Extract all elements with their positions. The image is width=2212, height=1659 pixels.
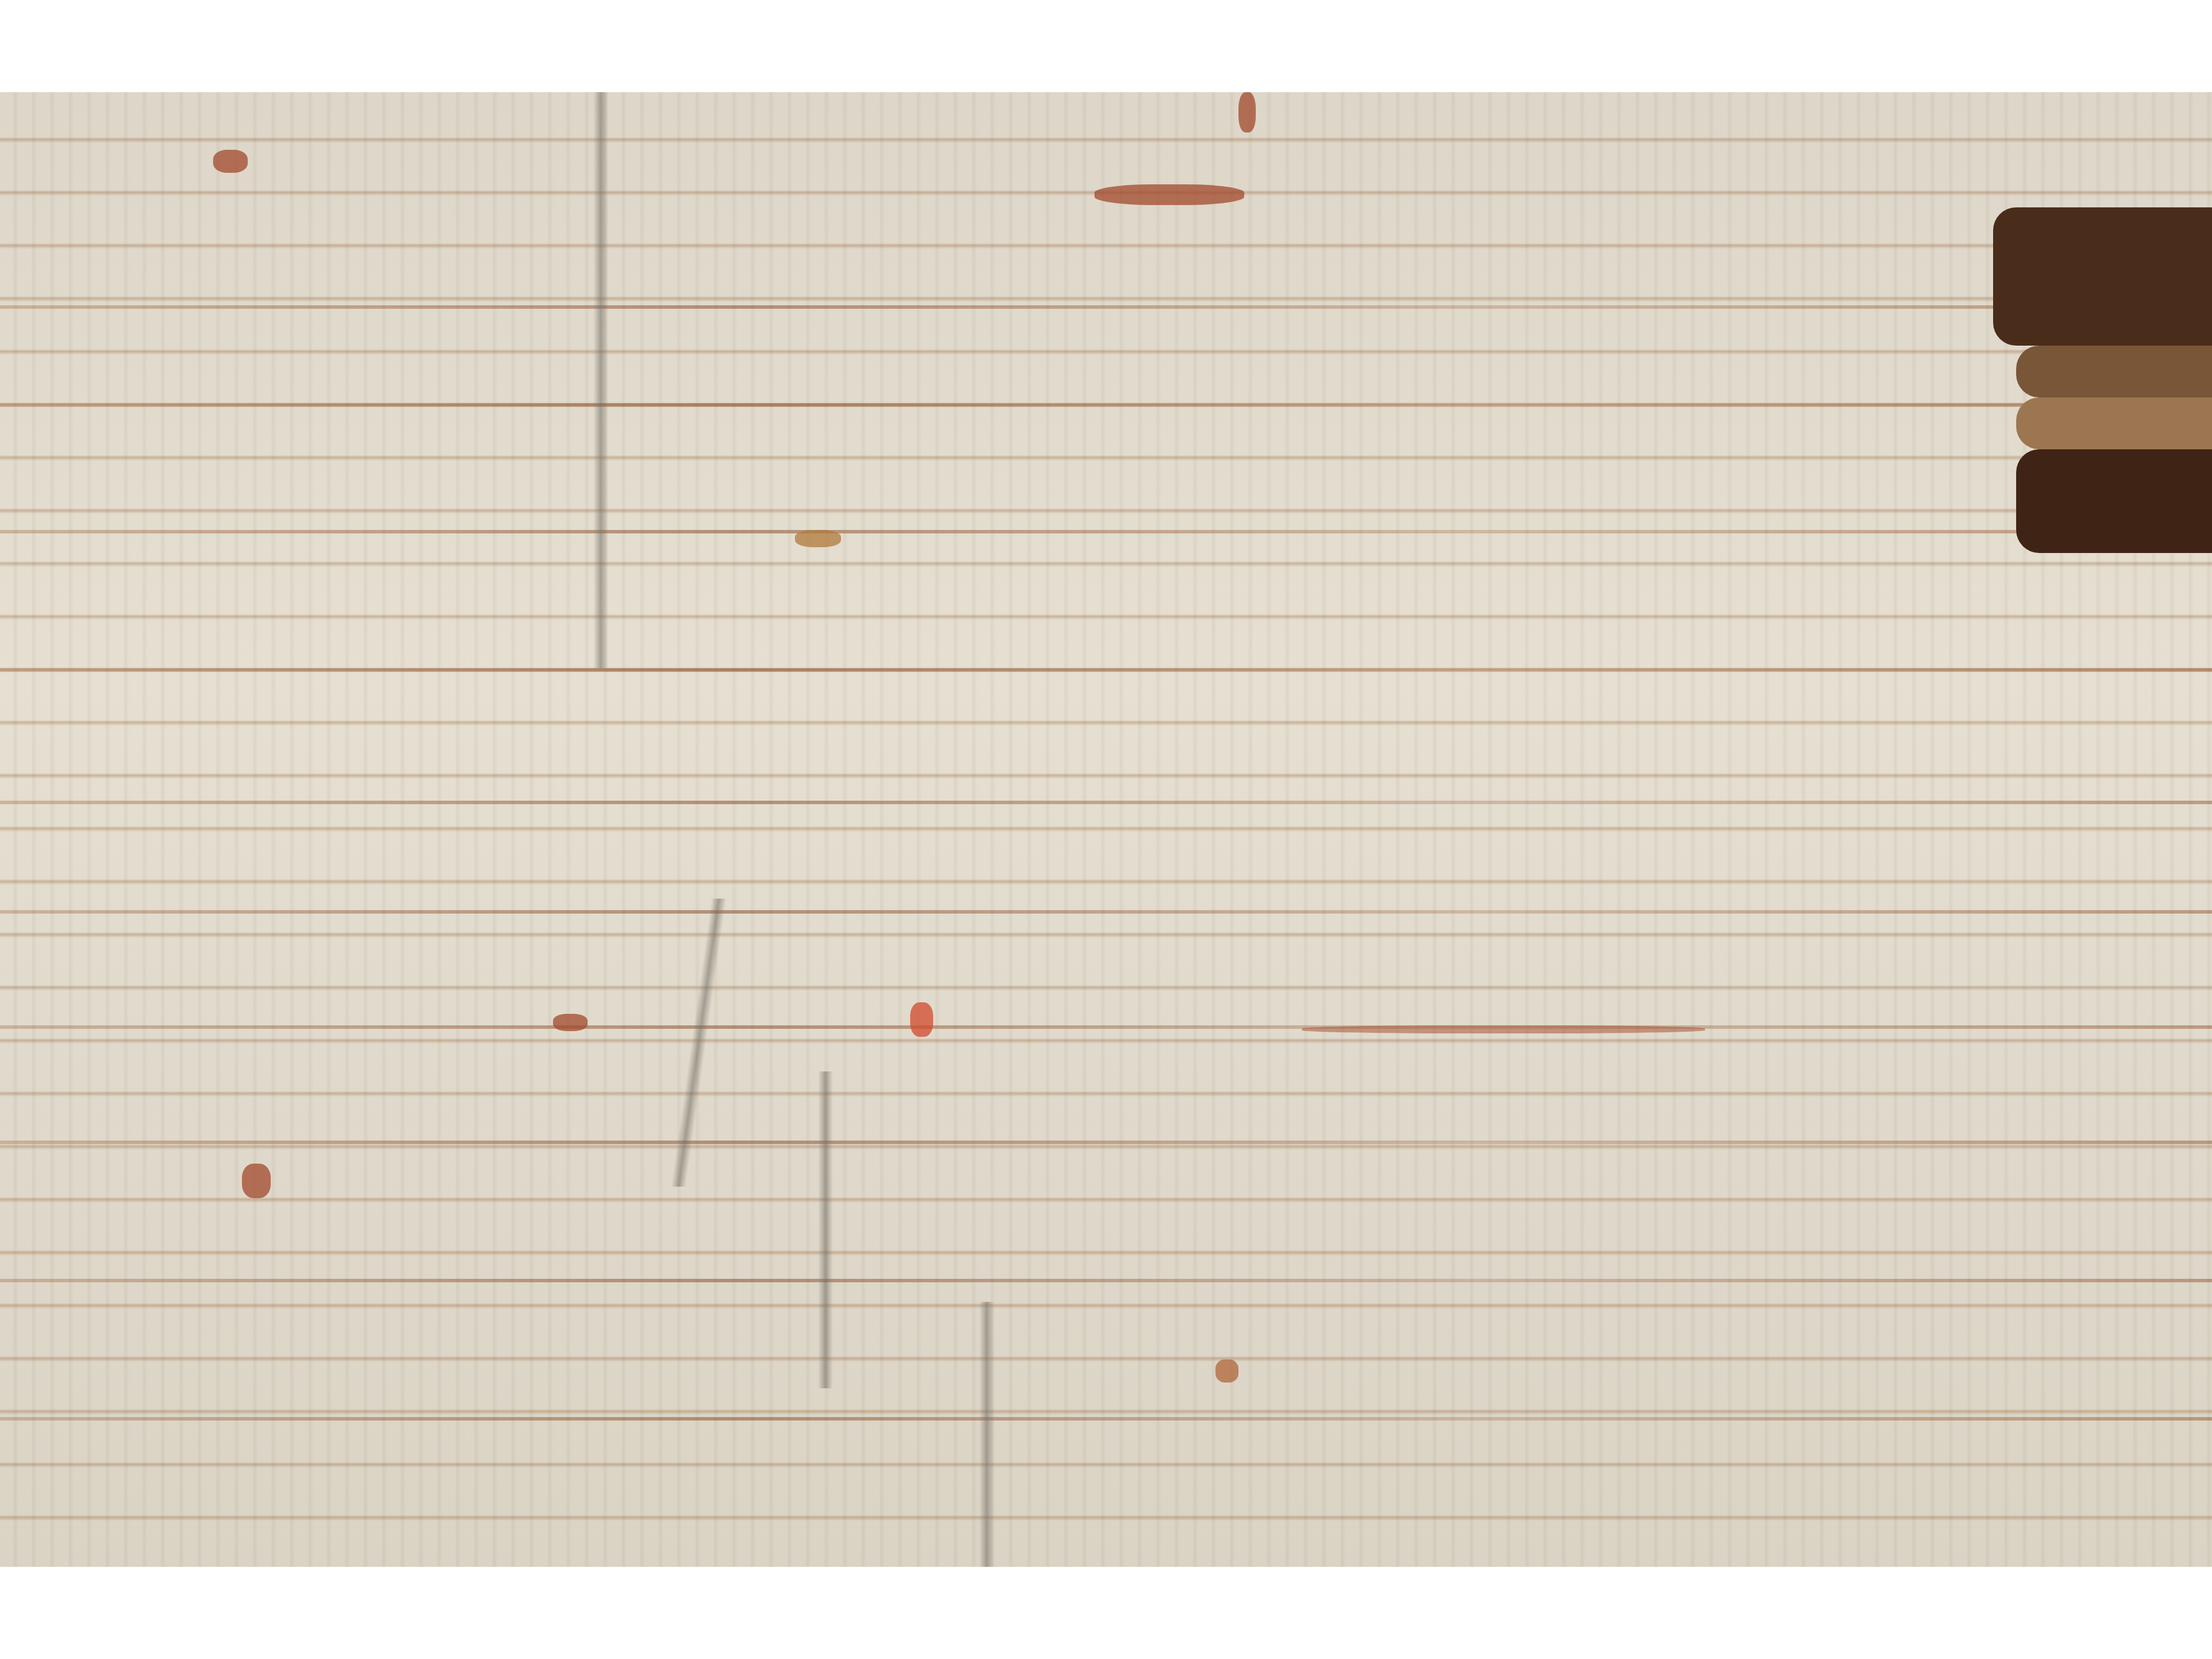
weft-line [0, 910, 2212, 914]
weft-line [0, 801, 2212, 804]
motif-band [1993, 207, 2212, 346]
weft-line [0, 1417, 2212, 1421]
weft-line [0, 530, 2212, 533]
motif-band [2016, 397, 2212, 449]
rust-fleck [213, 150, 248, 173]
rug-texture-photo [0, 92, 2212, 1567]
gray-vertical-line [593, 92, 608, 668]
weft-line [0, 1141, 2212, 1144]
rust-fleck [1094, 184, 1244, 205]
rust-fleck [910, 1002, 933, 1037]
brown-motif [1993, 207, 2212, 622]
rust-fleck [1215, 1359, 1238, 1382]
weft-line [0, 668, 2212, 672]
ochre-fleck [795, 530, 841, 547]
weft-line [0, 403, 2212, 407]
gray-vertical-line [979, 1302, 994, 1567]
motif-band [2016, 449, 2212, 553]
rust-fleck [1238, 92, 1256, 132]
weft-line [0, 1025, 2212, 1029]
rust-fleck [242, 1164, 271, 1198]
gray-vertical-line [818, 1071, 833, 1388]
rust-fleck [553, 1014, 588, 1031]
weft-line [0, 305, 2212, 309]
rust-fleck [1302, 1025, 1705, 1033]
weft-line [0, 1279, 2212, 1282]
motif-band [2016, 346, 2212, 397]
